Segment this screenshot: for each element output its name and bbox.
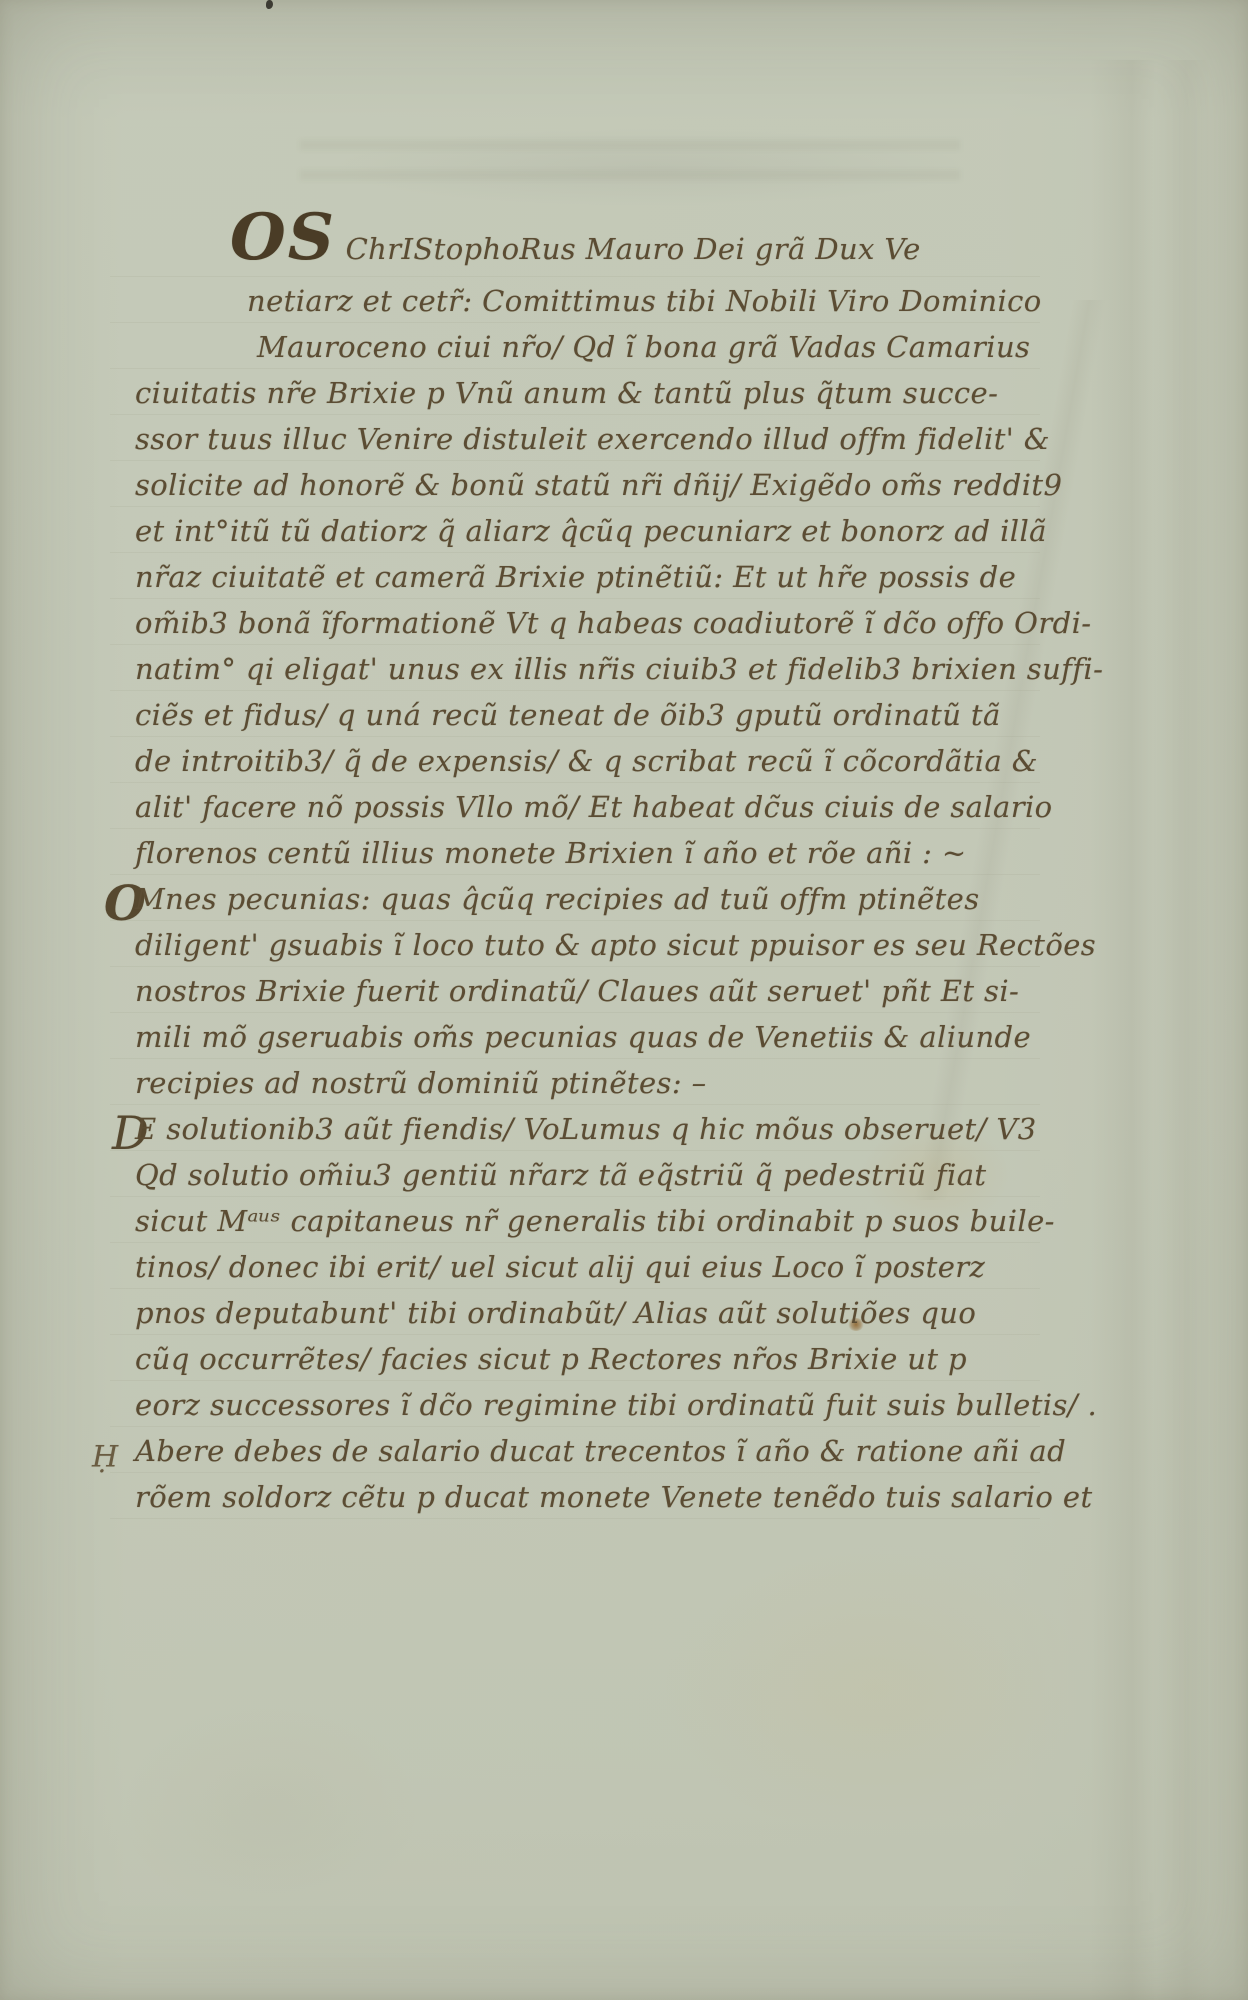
manuscript-line: pnos deputabunt' tibi ordinabũt/ Alias a…: [135, 1296, 1035, 1342]
manuscript-line: ciẽs et fidus/ q uná recũ teneat de õib3…: [135, 698, 1035, 744]
manuscript-line: Qd solutio om̃iu3 gentiũ nr̃arz tã eq̃st…: [135, 1158, 1035, 1204]
manuscript-line: ssor tuus illuc Venire distuleit exercen…: [135, 422, 1035, 468]
manuscript-line: de introitib3/ q̃ de expensis/ & q scrib…: [135, 744, 1035, 790]
opening-initial: OS: [230, 200, 336, 275]
manuscript-line: cũq occurrẽtes/ facies sicut p Rectores …: [135, 1342, 1035, 1388]
text-block: OS ChrIStophoRus Mauro Dei grã Dux Ve ne…: [135, 200, 1035, 1526]
manuscript-line: nostros Brixie fuerit ordinatũ/ Claues a…: [135, 974, 1035, 1020]
manuscript-line: rõem soldorz cẽtu p ducat monete Venete …: [135, 1480, 1035, 1526]
manuscript-page: O D Ḥ OS ChrIStophoRus Mauro Dei grã Dux…: [0, 0, 1248, 2000]
manuscript-line: E solutionib3 aũt fiendis/ VoLumus q hic…: [135, 1112, 1035, 1158]
manuscript-line: OS ChrIStophoRus Mauro Dei grã Dux Ve: [135, 200, 1035, 284]
manuscript-line: nr̃az ciuitatẽ et camerã Brixie ptinẽtiũ…: [135, 560, 1035, 606]
ink-speck: [266, 0, 273, 9]
parchment-stain: [120, 1700, 420, 1920]
manuscript-line: mili mõ gseruabis om̃s pecunias quas de …: [135, 1020, 1035, 1066]
verso-ghost-lines: [300, 140, 960, 200]
manuscript-line: ciuitatis nr̃e Brixie p Vnũ anum & tantũ…: [135, 376, 1035, 422]
manuscript-line: eorz successores ĩ dc̃o regimine tibi or…: [135, 1388, 1035, 1434]
manuscript-line: et int°itũ tũ datiorz q̃ aliarz q̂cũq pe…: [135, 514, 1035, 560]
paragraph-initial: Ḥ: [92, 1440, 118, 1475]
manuscript-line: solicite ad honorẽ & bonũ statũ nr̃i dñi…: [135, 468, 1035, 514]
manuscript-line: Abere debes de salario ducat trecentos ĩ…: [135, 1434, 1035, 1480]
manuscript-line: alit' facere nõ possis Vllo mõ/ Et habea…: [135, 790, 1035, 836]
manuscript-line: tinos/ donec ibi erit/ uel sicut alij qu…: [135, 1250, 1035, 1296]
manuscript-line: Mauroceno ciui nr̃o/ Qd ĩ bona grã Vadas…: [135, 330, 1035, 376]
show-through-smudge: [330, 128, 970, 206]
parchment-stain: [660, 1540, 1090, 1840]
manuscript-line: florenos centũ illius monete Brixien ĩ a…: [135, 836, 1035, 882]
manuscript-line: sicut Mᵃᵘˢ capitaneus nr̃ generalis tibi…: [135, 1204, 1035, 1250]
opening-line-rest: ChrIStophoRus Mauro Dei grã Dux Ve: [346, 232, 921, 266]
manuscript-line: diligent' gsuabis ĩ loco tuto & apto sic…: [135, 928, 1035, 974]
manuscript-line: Mnes pecunias: quas q̂cũq recipies ad tu…: [135, 882, 1035, 928]
manuscript-line: natim° qi eligat' unus ex illis nr̃is ci…: [135, 652, 1035, 698]
manuscript-line: recipies ad nostrũ dominiũ ptinẽtes: –: [135, 1066, 1035, 1112]
manuscript-line: om̃ib3 bonã ĩformationẽ Vt q habeas coad…: [135, 606, 1035, 652]
manuscript-line: netiarz et cetr̃: Comittimus tibi Nobili…: [135, 284, 1035, 330]
parchment-crease: [1090, 60, 1210, 2000]
